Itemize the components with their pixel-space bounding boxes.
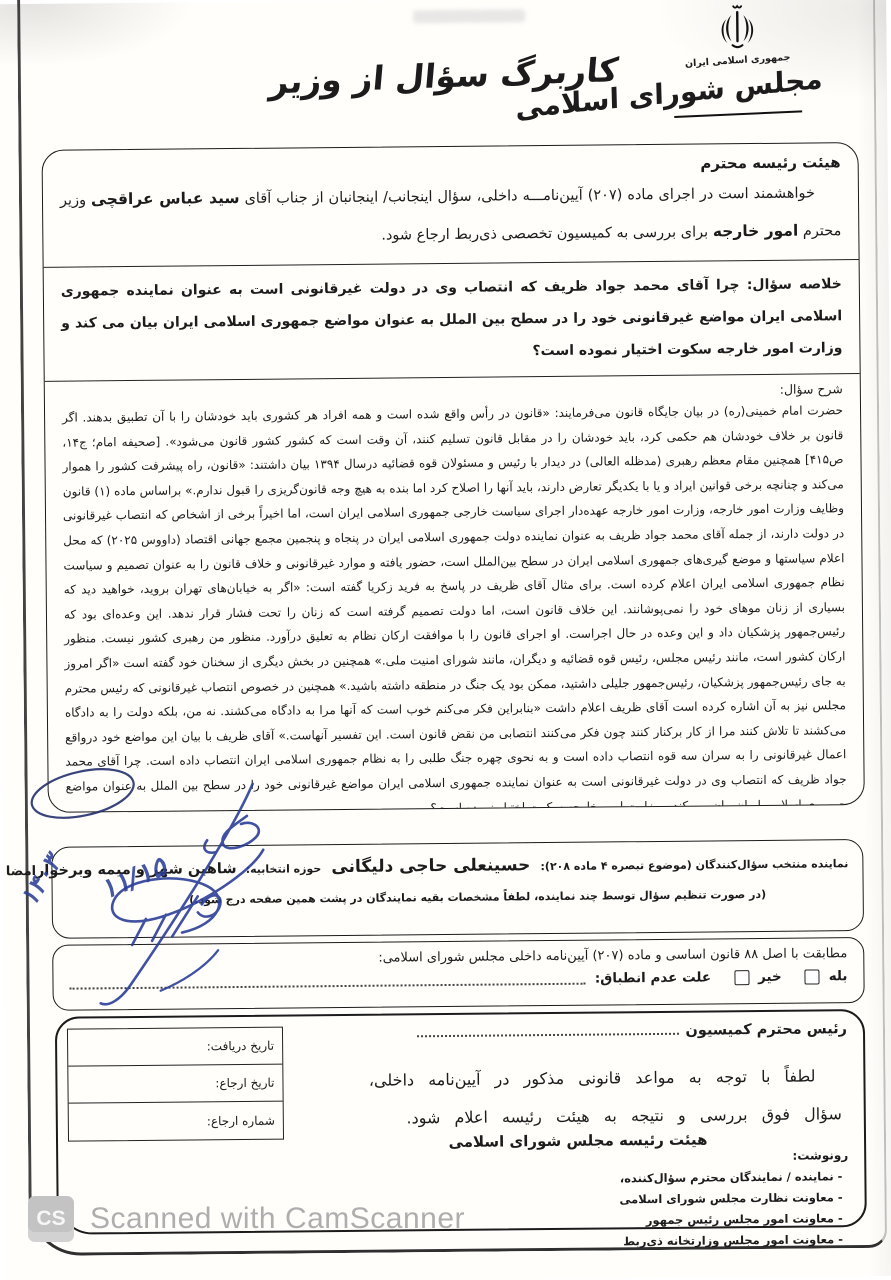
yes-checkbox[interactable] bbox=[805, 969, 820, 984]
date-table: تاریخ دریافت: تاریخ ارجاع: شماره ارجاع: bbox=[67, 1027, 284, 1142]
details-text: حضرت امام خمینی(ره) در بیان جایگاه قانون… bbox=[62, 398, 847, 813]
representative-label: نماینده منتخب سؤال‌کنندگان (موضوع تبصره … bbox=[540, 857, 848, 873]
iran-emblem-icon bbox=[716, 3, 758, 53]
camscanner-text: Scanned with CamScanner bbox=[90, 1202, 465, 1236]
copies-label: رونوشت: bbox=[619, 1145, 848, 1168]
summary-label: خلاصه سؤال: bbox=[747, 276, 842, 293]
commission-line: رئیس محترم کمیسیون bbox=[417, 1021, 847, 1041]
compliance-options-row: بله خیر علت عدم انطباق: bbox=[69, 968, 847, 991]
yes-label: بله bbox=[829, 968, 848, 984]
representative-name: حسینعلی حاجی دلیگانی bbox=[331, 855, 530, 877]
representative-box: نماینده منتخب سؤال‌کنندگان (موضوع تبصره … bbox=[51, 839, 864, 939]
date-received-field[interactable] bbox=[68, 1028, 207, 1065]
question-form-box: هیئت رئیسه محترم خواهشمند است در اجرای م… bbox=[42, 142, 865, 813]
list-item: معاونت امور مجلس وزارتخانه ذی‌ربط bbox=[620, 1229, 849, 1252]
request-text-1: خواهشمند است در اجرای ماده (۲۰۷) آیین‌نا… bbox=[240, 185, 816, 207]
date-received-label: تاریخ دریافت: bbox=[207, 1039, 283, 1054]
reference-number-field[interactable] bbox=[69, 1102, 207, 1140]
faint-print-artifact bbox=[413, 9, 525, 23]
list-item: نماینده / نمایندگان محترم سؤال‌کننده، bbox=[619, 1166, 848, 1189]
question-summary: خلاصه سؤال: چرا آقای محمد جواد ظریف که ا… bbox=[61, 268, 843, 371]
list-item: معاونت امور مجلس رئیس جمهور bbox=[620, 1208, 849, 1231]
summary-text: چرا آقای محمد جواد ظریف که انتصاب وی در … bbox=[61, 277, 843, 359]
table-row: شماره ارجاع: bbox=[69, 1102, 283, 1141]
date-referred-field[interactable] bbox=[68, 1065, 215, 1102]
multi-signer-note: (در صورت تنظیم سؤال توسط چند نماینده، لط… bbox=[67, 887, 849, 908]
constituency-label: حوزه انتخابیه: bbox=[246, 862, 322, 876]
instruction-line-1: لطفاً با توجه به مواعد قانونی مذکور در آ… bbox=[273, 1057, 841, 1100]
table-row: تاریخ دریافت: bbox=[68, 1028, 282, 1067]
request-text-3: برای بررسی به کمیسیون تخصصی ذی‌ربط ارجاع… bbox=[381, 224, 713, 243]
camscanner-logo-icon: CS bbox=[28, 1196, 74, 1242]
no-label: خیر bbox=[758, 969, 782, 985]
commission-dotted-line bbox=[417, 1024, 680, 1038]
request-body: خواهشمند است در اجرای ماده (۲۰۷) آیین‌نا… bbox=[60, 174, 842, 257]
camscanner-watermark: CS Scanned with CamScanner bbox=[28, 1196, 465, 1242]
commission-heading: رئیس محترم کمیسیون bbox=[685, 1021, 847, 1039]
instruction-line-2: سؤال فوق بررسی و نتیجه به هیئت رئیسه اعل… bbox=[406, 1104, 842, 1127]
reference-number-label: شماره ارجاع: bbox=[207, 1113, 283, 1128]
ministry-name: امور خارجه bbox=[713, 222, 799, 241]
minister-name: سید عباس عراقچی bbox=[91, 189, 240, 208]
routing-instructions: لطفاً با توجه به مواعد قانونی مذکور در آ… bbox=[273, 1057, 842, 1138]
compliance-statement: مطابقت با اصل ۸۸ قانون اساسی و ماده (۲۰۷… bbox=[69, 946, 847, 968]
list-item: معاونت نظارت مجلس شورای اسلامی bbox=[619, 1187, 848, 1210]
compliance-box: مطابقت با اصل ۸۸ قانون اساسی و ماده (۲۰۷… bbox=[52, 937, 865, 1011]
majlis-logo: جمهوری اسلامی ایران مجلس شورای اسلامی bbox=[652, 2, 823, 116]
no-checkbox[interactable] bbox=[734, 970, 749, 985]
reason-label: علت عدم انطباق: bbox=[595, 969, 711, 986]
scanned-page: جمهوری اسلامی ایران مجلس شورای اسلامی کا… bbox=[0, 0, 891, 1280]
reason-dotted-line[interactable] bbox=[69, 973, 585, 990]
separator-line bbox=[44, 259, 859, 268]
assembly-underline bbox=[674, 110, 802, 118]
table-row: تاریخ ارجاع: bbox=[68, 1065, 282, 1104]
copies-list: رونوشت: نماینده / نمایندگان محترم سؤال‌ک… bbox=[619, 1145, 849, 1252]
separator-line bbox=[45, 373, 860, 382]
representative-row: نماینده منتخب سؤال‌کنندگان (موضوع تبصره … bbox=[66, 852, 848, 880]
